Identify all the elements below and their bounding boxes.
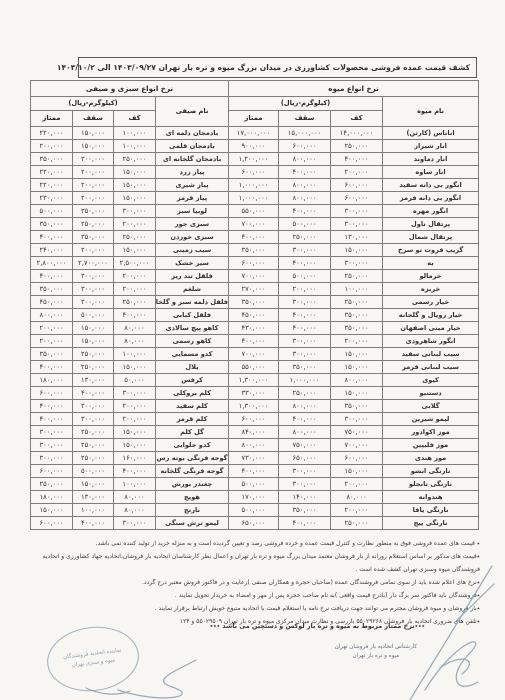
fruit-ceiling-cell: ۳۰۰,۰۰۰ [279, 244, 331, 257]
fruit-ceiling-cell: ۳۵۰,۰۰۰ [279, 504, 331, 517]
veg-premium-cell: ۲۰۰,۰۰۰ [31, 322, 73, 335]
veg-floor-cell: ۲۰۰,۰۰۰ [114, 400, 156, 413]
veg-premium-cell: ۳۵۰,۰۰۰ [31, 153, 73, 166]
fruit-floor-cell: ۲۰۰,۰۰۰ [331, 504, 383, 517]
veg-name-cell: پیاز قرمز [156, 192, 229, 205]
fruit-name-cell: سیب لبنانی سفید [383, 348, 479, 361]
fruit-premium-cell: ۳۵۰,۰۰۰ [229, 244, 279, 257]
veg-name-cell: سیب زمینی [156, 244, 229, 257]
veg-premium-cell: ۴۰۰,۰۰۰ [31, 231, 73, 244]
fruit-floor-cell: ۲۵۰,۰۰۰ [331, 517, 383, 530]
fruit-floor-cell: ۱۳۰,۰۰۰ [331, 231, 383, 244]
fruit-floor-cell: ۳۰۰,۰۰۰ [331, 413, 383, 426]
fruit-premium-cell: ۴۳۰,۰۰۰ [229, 322, 279, 335]
veg-floor-cell: ۱۵۰,۰۰۰ [114, 179, 156, 192]
fruit-floor-cell: ۳۰۰,۰۰۰ [331, 205, 383, 218]
veg-ceiling-cell: ۱۳۰,۰۰۰ [73, 491, 114, 504]
table-row: سیب لبنانی قرمز۱۵۰,۰۰۰۳۵۰,۰۰۰۵۵۰,۰۰۰بلال… [31, 361, 479, 374]
veg-name-cell: سیر خشک [156, 257, 229, 270]
table-row: اناناس (کارتن)۱۴,۰۰۰,۰۰۰۱۵,۰۰۰,۰۰۰۱۷,۰۰۰… [31, 127, 479, 140]
table-row: دستنبو۱۵۰,۰۰۰۲۵۰,۰۰۰۳۳۰,۰۰۰کلم بروکلی۳۰۰… [31, 387, 479, 400]
fruit-name-cell: انار دماوند [383, 153, 479, 166]
fruit-floor-cell: ۳۵۰,۰۰۰ [331, 309, 383, 322]
veg-floor-cell: ۸۰,۰۰۰ [114, 491, 156, 504]
fruit-name-header: نام میوه [383, 97, 479, 127]
veg-name-cell: فلفل تند ریز [156, 270, 229, 283]
signature-right-title: کارشناس اتحادیه بار فروشان تهران میوه و … [335, 643, 417, 661]
veg-ceiling-cell: ۲۵۰,۰۰۰ [73, 348, 114, 361]
fruit-ceiling-cell: ۴۰۰,۰۰۰ [279, 322, 331, 335]
fruit-floor-cell: ۲۰۰,۰۰۰ [331, 335, 383, 348]
footnote-line: ٭نرخ های اعلام شده باید از سوی تمامی فرو… [26, 576, 480, 589]
veg-premium-cell: ۶۰۰,۰۰۰ [31, 465, 73, 478]
veg-floor-cell: ۱۶۰,۰۰۰ [114, 452, 156, 465]
table-row: خربزه۱۰۰,۰۰۰۲۰۰,۰۰۰۲۷۰,۰۰۰شلغم۲۰۰,۰۰۰۳۰۰… [31, 283, 479, 296]
veg-floor-cell: ۲۵۰,۰۰۰ [114, 231, 156, 244]
fruit-name-cell: خیار رویال و گلخانه [383, 309, 479, 322]
fruit-name-cell: نارنگی تانجلو [383, 478, 479, 491]
signature-right-line2: میوه و تره بار تهران [335, 652, 417, 661]
table-row: کیوی۸۰۰,۰۰۰۱,۰۰۰,۰۰۰۱,۳۰۰,۰۰۰کرفس۵۰,۰۰۰۱… [31, 374, 479, 387]
fruit-premium-cell: ۷۰۰,۰۰۰ [229, 270, 279, 283]
veg-ceiling-cell: ۳۵۰,۰۰۰ [73, 205, 114, 218]
footnote-line: ٭قیمت های مذکور بر اساس استعلام روزانه ا… [26, 550, 480, 576]
fruit-floor-cell: ۶۰۰,۰۰۰ [331, 179, 383, 192]
fruit-premium-cell: ۶۰۰,۰۰۰ [229, 166, 279, 179]
table-row: انار دماوند۴۰۰,۰۰۰۸۰۰,۰۰۰۱,۲۰۰,۰۰۰بادمجا… [31, 153, 479, 166]
veg-floor-cell: ۴۰۰,۰۰۰ [114, 309, 156, 322]
veg-name-cell: کلم قرمز [156, 413, 229, 426]
fruit-premium-cell: ۵۵۰,۰۰۰ [229, 361, 279, 374]
veg-floor-cell: ۱۰۰,۰۰۰ [114, 348, 156, 361]
fruit-ceiling-cell: ۳۰۰,۰۰۰ [279, 478, 331, 491]
table-row: انگور بی دانه قرمز۶۰۰,۰۰۰۸۰۰,۰۰۰۱,۰۰۰,۰۰… [31, 192, 479, 205]
fruit-premium-cell: ۳۳۰,۰۰۰ [229, 387, 279, 400]
veg-ceiling-cell: ۳۰۰,۰۰۰ [73, 296, 114, 309]
fruit-floor-cell: ۱۵۰,۰۰۰ [331, 387, 383, 400]
veg-floor-cell: ۲۰۰,۰۰۰ [114, 283, 156, 296]
table-row: خرمالو۲۵۰,۰۰۰۵۰۰,۰۰۰۷۰۰,۰۰۰فلفل تند ریز۲… [31, 270, 479, 283]
fruit-name-cell: نارنگی یافا [383, 504, 479, 517]
fruit-floor-cell: ۷۰۰,۰۰۰ [331, 439, 383, 452]
veg-name-cell: گوجه فرنگی بوته رس [156, 452, 229, 465]
veg-section-header: نرخ انواع سبزی و صیفی [31, 81, 229, 97]
table-row: گلابی۳۵۰,۰۰۰۸۰۰,۰۰۰۱,۳۰۰,۰۰۰کلم سفید۲۰۰,… [31, 400, 479, 413]
veg-premium-cell: ۳۵۰,۰۰۰ [31, 218, 73, 231]
fruit-ceiling-cell: ۸۰۰,۰۰۰ [279, 400, 331, 413]
fruit-ceiling-cell: ۴۰۰,۰۰۰ [279, 413, 331, 426]
veg-name-cell: فلفل دلمه سبز و گلخانه [156, 296, 229, 309]
veg-name-cell: کلم سفید [156, 400, 229, 413]
veg-ceiling-cell: ۲۵۰,۰۰۰ [73, 426, 114, 439]
fruit-ceiling-cell: ۳۵۰,۰۰۰ [279, 361, 331, 374]
fruit-floor-cell: ۲۰۰,۰۰۰ [331, 166, 383, 179]
veg-ceiling-cell: ۲۵۰,۰۰۰ [73, 452, 114, 465]
fruit-floor-cell: ۴۰۰,۰۰۰ [331, 153, 383, 166]
veg-premium-cell: ۶۰۰,۰۰۰ [31, 517, 73, 530]
fruit-floor-cell: ۳۵۰,۰۰۰ [331, 400, 383, 413]
fruit-premium-header: ممتاز [229, 111, 279, 127]
fruit-ceiling-cell: ۴۰۰,۰۰۰ [279, 257, 331, 270]
fruit-floor-cell: ۳۰۰,۰۰۰ [331, 218, 383, 231]
veg-name-cell: کرفس [156, 374, 229, 387]
table-row: انگور مهره۳۰۰,۰۰۰۴۰۰,۰۰۰۵۵۰,۰۰۰لوبیا سبز… [31, 205, 479, 218]
fruit-premium-cell: ۸۰۰,۰۰۰ [229, 439, 279, 452]
veg-name-cell: کلم بروکلی [156, 387, 229, 400]
veg-unit-label: (کیلوگرم-ریال) [31, 97, 156, 111]
table-row: پرتقال شمال۱۳۰,۰۰۰۲۵۰,۰۰۰۴۰۰,۰۰۰سبزی خور… [31, 231, 479, 244]
table-row: گریپ فروت تو سرخ۱۵۰,۰۰۰۳۰۰,۰۰۰۳۵۰,۰۰۰سیب… [31, 244, 479, 257]
table-row: خیار مینی اصفهان۳۵۰,۰۰۰۴۰۰,۰۰۰۴۳۰,۰۰۰کاه… [31, 322, 479, 335]
veg-ceiling-cell: ۲۵۰,۰۰۰ [73, 439, 114, 452]
fruit-name-cell: انگور شاهرودی [383, 335, 479, 348]
veg-premium-cell: ۶۰۰,۰۰۰ [31, 387, 73, 400]
fruit-name-cell: انار ساوه [383, 166, 479, 179]
table-row: نارنگی یافا۲۰۰,۰۰۰۳۵۰,۰۰۰۵۰۰,۰۰۰نارنج۸۰,… [31, 504, 479, 517]
veg-floor-cell: ۱۰۰,۰۰۰ [114, 478, 156, 491]
veg-name-cell: فلفل کبابی [156, 309, 229, 322]
veg-ceiling-header: سقف [73, 111, 114, 127]
veg-premium-cell: ۸۰۰,۰۰۰ [31, 309, 73, 322]
fruit-name-cell: انگور مهره [383, 205, 479, 218]
veg-ceiling-cell: ۳۰۰,۰۰۰ [73, 153, 114, 166]
veg-premium-cell: ۲,۸۰۰,۰۰۰ [31, 257, 73, 270]
veg-floor-cell: ۲۰۰,۰۰۰ [114, 218, 156, 231]
price-table: نرخ انواع میوه نرخ انواع سبزی و صیفی نام… [30, 80, 479, 530]
fruit-ceiling-cell: ۴۰۰,۰۰۰ [279, 166, 331, 179]
fruit-floor-cell: ۱۵۰,۰۰۰ [331, 244, 383, 257]
fruit-premium-cell: ۷۰۰,۰۰۰ [229, 348, 279, 361]
fruit-premium-cell: ۸۴۰,۰۰۰ [229, 426, 279, 439]
veg-name-cell: بادمجان قلمی [156, 140, 229, 153]
veg-ceiling-cell: ۲۰۰,۰۰۰ [73, 166, 114, 179]
fruit-floor-cell: ۳۵۰,۰۰۰ [331, 322, 383, 335]
veg-premium-cell: ۲۲۰,۰۰۰ [31, 166, 73, 179]
fruit-name-cell: دستنبو [383, 387, 479, 400]
fruit-ceiling-cell: ۳۰۰,۰۰۰ [279, 296, 331, 309]
veg-premium-cell: ۴۰۰,۰۰۰ [31, 361, 73, 374]
veg-name-cell: گوجه فرنگی گلخانه [156, 465, 229, 478]
veg-floor-cell: ۵۰,۰۰۰ [114, 374, 156, 387]
veg-premium-cell: ۴۰۰,۰۰۰ [31, 400, 73, 413]
table-row: نارنگی انشو۱۵۰,۰۰۰۳۰۰,۰۰۰۴۰۰,۰۰۰گوجه فرن… [31, 465, 479, 478]
fruit-floor-cell: ۷۵۰,۰۰۰ [331, 426, 383, 439]
veg-ceiling-cell: ۳۵۰,۰۰۰ [73, 231, 114, 244]
veg-ceiling-cell: ۱۵۰,۰۰۰ [73, 478, 114, 491]
veg-premium-cell: ۲۲۰,۰۰۰ [31, 127, 73, 140]
veg-premium-cell: ۱۸۰,۰۰۰ [31, 374, 73, 387]
veg-ceiling-cell: ۱۵۰,۰۰۰ [73, 127, 114, 140]
fruit-premium-cell: ۷۳۰,۰۰۰ [229, 452, 279, 465]
fruit-floor-cell: ۱۵۰,۰۰۰ [331, 361, 383, 374]
fruit-premium-cell: ۴۰۰,۰۰۰ [229, 231, 279, 244]
fruit-ceiling-cell: ۴۰۰,۰۰۰ [279, 309, 331, 322]
table-row: انار ساوه۲۰۰,۰۰۰۴۰۰,۰۰۰۶۰۰,۰۰۰پیاز زرد۱۵… [31, 166, 479, 179]
fruit-premium-cell: ۱,۳۰۰,۰۰۰ [229, 374, 279, 387]
veg-premium-cell: ۲۴۰,۰۰۰ [31, 244, 73, 257]
fruit-ceiling-cell: ۱,۰۰۰,۰۰۰ [279, 374, 331, 387]
fruit-ceiling-cell: ۶۰۰,۰۰۰ [279, 140, 331, 153]
table-row: هندوانه۸۰,۰۰۰۱۴۰,۰۰۰۱۷۰,۰۰۰هویج۸۰,۰۰۰۱۳۰… [31, 491, 479, 504]
fruit-floor-cell: ۲۵۰,۰۰۰ [331, 140, 383, 153]
fruit-premium-cell: ۶۵۰,۰۰۰ [229, 517, 279, 530]
table-row: پرتقال ناول۳۰۰,۰۰۰۵۰۰,۰۰۰۷۰۰,۰۰۰سبزی جور… [31, 218, 479, 231]
fruit-section-header: نرخ انواع میوه [229, 81, 479, 97]
fruit-name-cell: پرتقال ناول [383, 218, 479, 231]
fruit-premium-cell: ۶۰۰,۰۰۰ [229, 257, 279, 270]
veg-floor-cell: ۸۰,۰۰۰ [114, 322, 156, 335]
fruit-name-cell: پرتقال شمال [383, 231, 479, 244]
veg-name-cell: کاهو پیچ سالادی [156, 322, 229, 335]
veg-floor-cell: ۱۵۰,۰۰۰ [114, 361, 156, 374]
veg-floor-cell: ۱۰۰,۰۰۰ [114, 127, 156, 140]
veg-name-cell: شلغم [156, 283, 229, 296]
veg-floor-cell: ۳۰۰,۰۰۰ [114, 517, 156, 530]
fruit-premium-cell: ۷۰۰,۰۰۰ [229, 218, 279, 231]
table-row: خیار رسمی۲۵۰,۰۰۰۳۰۰,۰۰۰۳۵۰,۰۰۰فلفل دلمه … [31, 296, 479, 309]
fruit-ceiling-cell: ۲۰۰,۰۰۰ [279, 283, 331, 296]
signature-right-line1: کارشناس اتحادیه بار فروشان تهران [335, 643, 417, 652]
veg-floor-cell: ۱۵۰,۰۰۰ [114, 192, 156, 205]
veg-floor-cell: ۱۵۰,۰۰۰ [114, 244, 156, 257]
fruit-ceiling-cell: ۳۰۰,۰۰۰ [279, 335, 331, 348]
veg-premium-cell: ۲۵۰,۰۰۰ [31, 478, 73, 491]
veg-premium-cell: ۴۰۰,۰۰۰ [31, 413, 73, 426]
veg-name-cell: کدو مسمایی [156, 348, 229, 361]
veg-floor-cell: ۳۰۰,۰۰۰ [114, 387, 156, 400]
veg-floor-cell: ۸۰,۰۰۰ [114, 335, 156, 348]
veg-name-cell: سبزی خوردن [156, 231, 229, 244]
fruit-floor-cell: ۸۰۰,۰۰۰ [331, 374, 383, 387]
fruit-floor-cell: ۶۰۰,۰۰۰ [331, 192, 383, 205]
fruit-ceiling-cell: ۲۵۰,۰۰۰ [279, 231, 331, 244]
table-row: لیمو شیرین۳۰۰,۰۰۰۴۰۰,۰۰۰۶۰۰,۰۰۰کلم قرمز۲… [31, 413, 479, 426]
fruit-ceiling-cell: ۸۰۰,۰۰۰ [279, 426, 331, 439]
veg-ceiling-cell: ۳۰۰,۰۰۰ [73, 283, 114, 296]
veg-ceiling-cell: ۲۵۰,۰۰۰ [73, 361, 114, 374]
veg-name-cell: لوبیا سبز [156, 205, 229, 218]
premium-grade-note: ٭٭٭نرخ ممتاز مربوط به میوه و تره بار لوک… [210, 622, 425, 630]
veg-floor-header: کف [114, 111, 156, 127]
fruit-name-cell: به [383, 257, 479, 270]
veg-floor-cell: ۱۵۰,۰۰۰ [114, 439, 156, 452]
fruit-name-cell: موز هندی [383, 452, 479, 465]
fruit-ceiling-cell: ۳۰۰,۰۰۰ [279, 465, 331, 478]
fruit-name-cell: خیار مینی اصفهان [383, 322, 479, 335]
fruit-unit-label: (کیلوگرم-ریال) [229, 97, 383, 111]
fruit-premium-cell: ۱,۲۰۰,۰۰۰ [229, 153, 279, 166]
fruit-premium-cell: ۴۰۰,۰۰۰ [229, 335, 279, 348]
veg-floor-cell: ۲۰۰,۰۰۰ [114, 270, 156, 283]
veg-name-cell: هویج [156, 491, 229, 504]
fruit-premium-cell: ۱,۰۰۰,۰۰۰ [229, 192, 279, 205]
fruit-name-cell: انگور بی دانه سفید [383, 179, 479, 192]
fruit-floor-cell: ۲۵۰,۰۰۰ [331, 270, 383, 283]
fruit-premium-cell: ۳۵۰,۰۰۰ [229, 296, 279, 309]
veg-ceiling-cell: ۳۰۰,۰۰۰ [73, 400, 114, 413]
veg-premium-cell: ۳۵۰,۰۰۰ [31, 348, 73, 361]
veg-ceiling-cell: ۵۰۰,۰۰۰ [73, 309, 114, 322]
veg-premium-cell: ۵۰۰,۰۰۰ [31, 205, 73, 218]
veg-ceiling-cell: ۲۰۰,۰۰۰ [73, 244, 114, 257]
fruit-ceiling-header: سقف [279, 111, 331, 127]
veg-floor-cell: ۴۰۰,۰۰۰ [114, 465, 156, 478]
table-row: انگور شاهرودی۲۰۰,۰۰۰۳۰۰,۰۰۰۴۰۰,۰۰۰کاهو ر… [31, 335, 479, 348]
fruit-premium-cell: ۴۰۰,۰۰۰ [229, 465, 279, 478]
fruit-premium-cell: ۵۰۰,۰۰۰ [229, 504, 279, 517]
fruit-name-cell: نارنگی انشو [383, 465, 479, 478]
scanned-price-sheet: کشف قیمت عمده فروشی محصولات کشاورزی در م… [0, 0, 505, 700]
veg-name-cell: لیمو ترش سنگی [156, 517, 229, 530]
fruit-floor-cell: ۱۵۰,۰۰۰ [331, 348, 383, 361]
stamp-ellipse: نماینده اتحادیه فروشندگان میوه و سبزی ته… [43, 622, 142, 697]
fruit-floor-cell: ۱۰۰,۰۰۰ [331, 283, 383, 296]
table-row: موز هندی۶۰۰,۰۰۰۶۵۰,۰۰۰۷۳۰,۰۰۰گوجه فرنگی … [31, 452, 479, 465]
veg-name-header: نام صیفی [156, 97, 229, 127]
fruit-premium-cell: ۱,۳۰۰,۰۰۰ [229, 400, 279, 413]
veg-ceiling-cell: ۲۰۰,۰۰۰ [73, 192, 114, 205]
table-row: موز فلیپین۷۰۰,۰۰۰۷۵۰,۰۰۰۸۰۰,۰۰۰کدو حلوای… [31, 439, 479, 452]
veg-premium-cell: ۲۳۰,۰۰۰ [31, 192, 73, 205]
fruit-name-cell: گلابی [383, 400, 479, 413]
veg-ceiling-cell: ۳۰۰,۰۰۰ [73, 413, 114, 426]
table-row: به۳۰۰,۰۰۰۴۰۰,۰۰۰۶۰۰,۰۰۰سیر خشک۲,۵۰۰,۰۰۰۲… [31, 257, 479, 270]
table-row: انگور بی دانه سفید۶۰۰,۰۰۰۸۰۰,۰۰۰۱,۰۰۰,۰۰… [31, 179, 479, 192]
veg-floor-cell: ۱۵۰,۰۰۰ [114, 426, 156, 439]
veg-floor-cell: ۳۰۰,۰۰۰ [114, 205, 156, 218]
veg-premium-cell: ۳۰۰,۰۰۰ [31, 439, 73, 452]
fruit-floor-cell: ۱۵۰,۰۰۰ [331, 465, 383, 478]
veg-premium-cell: ۲۰۰,۰۰۰ [31, 140, 73, 153]
fruit-ceiling-cell: ۱۴۰,۰۰۰ [279, 491, 331, 504]
fruit-ceiling-cell: ۲۵۰,۰۰۰ [279, 387, 331, 400]
veg-floor-cell: ۲,۵۰۰,۰۰۰ [114, 257, 156, 270]
veg-name-cell: بادمجان دلمه ای [156, 127, 229, 140]
veg-premium-cell: ۳۵۰,۰۰۰ [31, 283, 73, 296]
fruit-name-cell: انار شیراز [383, 140, 479, 153]
veg-premium-cell: ۴۰۰,۰۰۰ [31, 270, 73, 283]
fruit-ceiling-cell: ۴۰۰,۰۰۰ [279, 205, 331, 218]
veg-premium-cell: ۲۲۰,۰۰۰ [31, 179, 73, 192]
fruit-name-cell: خیار رسمی [383, 296, 479, 309]
veg-name-cell: کدو حلوایی [156, 439, 229, 452]
fruit-premium-cell: ۴۵۰,۰۰۰ [229, 309, 279, 322]
veg-floor-cell: ۲۵۰,۰۰۰ [114, 296, 156, 309]
veg-name-cell: گل کلم [156, 426, 229, 439]
table-row: خیار رویال و گلخانه۳۵۰,۰۰۰۴۰۰,۰۰۰۴۵۰,۰۰۰… [31, 309, 479, 322]
veg-ceiling-cell: ۲,۷۰۰,۰۰۰ [73, 257, 114, 270]
veg-premium-cell: ۳۰۰,۰۰۰ [31, 426, 73, 439]
veg-ceiling-cell: ۱۵۰,۰۰۰ [73, 335, 114, 348]
fruit-name-cell: اناناس (کارتن) [383, 127, 479, 140]
veg-premium-cell: ۲۰۰,۰۰۰ [31, 335, 73, 348]
fruit-floor-cell: ۳۰۰,۰۰۰ [331, 257, 383, 270]
veg-premium-cell: ۱۸۰,۰۰۰ [31, 491, 73, 504]
document-title: کشف قیمت عمده فروشی محصولات کشاورزی در م… [78, 57, 477, 78]
veg-name-cell: پیاز زرد [156, 166, 229, 179]
fruit-floor-cell: ۶۰۰,۰۰۰ [331, 452, 383, 465]
veg-name-cell: پیاز شیری [156, 179, 229, 192]
veg-name-cell: بادمجان گلخانه ای [156, 153, 229, 166]
fruit-premium-cell: ۹۰۰,۰۰۰ [229, 140, 279, 153]
fruit-name-cell: موز فلیپین [383, 439, 479, 452]
veg-floor-cell: ۱۵۰,۰۰۰ [114, 166, 156, 179]
veg-floor-cell: ۲۰۰,۰۰۰ [114, 413, 156, 426]
footnote-line: ٭فروشندگان باید فاکتور سر برگ دار (بادرج… [26, 589, 480, 602]
fruit-name-cell: موز اکوادور [383, 426, 479, 439]
veg-ceiling-cell: ۱۳۰,۰۰۰ [73, 374, 114, 387]
fruit-name-cell: لیمو شیرین [383, 413, 479, 426]
veg-ceiling-cell: ۱۰۰,۰۰۰ [73, 504, 114, 517]
fruit-premium-cell: ۶۰۰,۰۰۰ [229, 413, 279, 426]
veg-name-cell: نارنج [156, 504, 229, 517]
veg-floor-cell: ۸۰,۰۰۰ [114, 504, 156, 517]
veg-ceiling-cell: ۵۰۰,۰۰۰ [73, 465, 114, 478]
fruit-name-cell: نارنگی پیج [383, 517, 479, 530]
fruit-premium-cell: ۱۷,۰۰۰,۰۰۰ [229, 127, 279, 140]
footnotes: ٭ قیمت های عمده فروشی فوق به منظور نظارت… [26, 537, 480, 628]
veg-name-cell: بلال [156, 361, 229, 374]
fruit-ceiling-cell: ۵۰۰,۰۰۰ [279, 270, 331, 283]
fruit-ceiling-cell: ۷۵۰,۰۰۰ [279, 439, 331, 452]
veg-ceiling-cell: ۱۵۰,۰۰۰ [73, 322, 114, 335]
veg-name-cell: چغندر بورش [156, 478, 229, 491]
veg-premium-cell: ۱۵۰,۰۰۰ [31, 504, 73, 517]
fruit-name-cell: خربزه [383, 283, 479, 296]
veg-name-cell: سبزی جور [156, 218, 229, 231]
veg-floor-cell: ۱۰۰,۰۰۰ [114, 140, 156, 153]
fruit-ceiling-cell: ۵۰۰,۰۰۰ [279, 218, 331, 231]
fruit-floor-cell: ۲۵۰,۰۰۰ [331, 296, 383, 309]
footnote-line: ٭بار فروشان و میوه فروشان محترم می توانن… [26, 602, 480, 615]
fruit-name-cell: کیوی [383, 374, 479, 387]
veg-floor-cell: ۲۵۰,۰۰۰ [114, 153, 156, 166]
fruit-floor-cell: ۱۴,۰۰۰,۰۰۰ [331, 127, 383, 140]
table-row: نارنگی تانجلو۲۰۰,۰۰۰۳۰۰,۰۰۰۵۰۰,۰۰۰چغندر … [31, 478, 479, 491]
fruit-premium-cell: ۲۷۰,۰۰۰ [229, 283, 279, 296]
veg-premium-cell: ۳۰۰,۰۰۰ [31, 452, 73, 465]
veg-ceiling-cell: ۲۰۰,۰۰۰ [73, 179, 114, 192]
fruit-name-cell: گریپ فروت تو سرخ [383, 244, 479, 257]
fruit-ceiling-cell: ۴۰۰,۰۰۰ [279, 517, 331, 530]
section-header-row: نرخ انواع میوه نرخ انواع سبزی و صیفی [31, 81, 479, 97]
fruit-floor-header: کف [331, 111, 383, 127]
veg-ceiling-cell: ۳۰۰,۰۰۰ [73, 270, 114, 283]
fruit-ceiling-cell: ۱۵,۰۰۰,۰۰۰ [279, 127, 331, 140]
fruit-ceiling-cell: ۳۰۰,۰۰۰ [279, 348, 331, 361]
unit-header-row: نام میوه (کیلوگرم-ریال) نام صیفی (کیلوگر… [31, 97, 479, 111]
fruit-name-cell: انگور بی دانه قرمز [383, 192, 479, 205]
fruit-floor-cell: ۸۰,۰۰۰ [331, 491, 383, 504]
veg-ceiling-cell: ۱۵۰,۰۰۰ [73, 140, 114, 153]
table-row: انار شیراز۲۵۰,۰۰۰۶۰۰,۰۰۰۹۰۰,۰۰۰بادمجان ق… [31, 140, 479, 153]
fruit-name-cell: هندوانه [383, 491, 479, 504]
fruit-floor-cell: ۲۰۰,۰۰۰ [331, 478, 383, 491]
veg-name-cell: کاهو رسمی [156, 335, 229, 348]
fruit-ceiling-cell: ۸۰۰,۰۰۰ [279, 179, 331, 192]
footnote-line: ٭ قیمت های عمده فروشی فوق به منظور نظارت… [26, 537, 480, 550]
table-row: نارنگی پیج۲۵۰,۰۰۰۴۰۰,۰۰۰۶۵۰,۰۰۰لیمو ترش … [31, 517, 479, 530]
fruit-ceiling-cell: ۶۵۰,۰۰۰ [279, 452, 331, 465]
fruit-ceiling-cell: ۸۰۰,۰۰۰ [279, 192, 331, 205]
fruit-premium-cell: ۵۰۰,۰۰۰ [229, 478, 279, 491]
table-row: موز اکوادور۷۵۰,۰۰۰۸۰۰,۰۰۰۸۴۰,۰۰۰گل کلم۱۵… [31, 426, 479, 439]
veg-ceiling-cell: ۲۵۰,۰۰۰ [73, 218, 114, 231]
veg-ceiling-cell: ۴۰۰,۰۰۰ [73, 517, 114, 530]
fruit-premium-cell: ۱۷۰,۰۰۰ [229, 491, 279, 504]
veg-ceiling-cell: ۴۰۰,۰۰۰ [73, 387, 114, 400]
veg-premium-cell: ۴۵۰,۰۰۰ [31, 296, 73, 309]
